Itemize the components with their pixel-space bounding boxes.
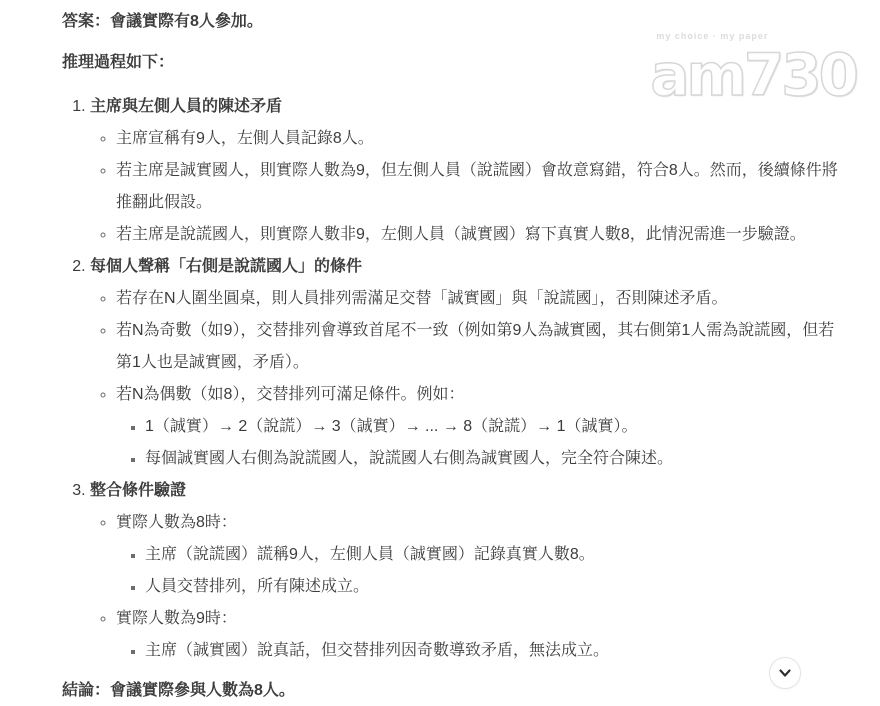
bullet-item: 實際人數為9時： 主席（誠實國）說真話，但交替排列因奇數導致矛盾，無法成立。 <box>116 603 848 667</box>
bullet-text: 若存在N人圍坐圓桌，則人員排列需滿足交替「誠實國」與「說謊國」，否則陳述矛盾。 <box>116 290 728 307</box>
bullet-item: 若N為偶數（如8），交替排列可滿足條件。例如： 1（誠實）→ 2（說謊）→ 3（… <box>116 379 848 475</box>
reasoning-list: 主席與左側人員的陳述矛盾 主席宣稱有9人，左側人員記錄8人。 若主席是誠實國人，… <box>62 91 848 667</box>
bullet-text: 若主席是說謊國人，則實際人數非9，左側人員（誠實國）寫下真實人數8，此情況需進一… <box>116 226 806 243</box>
section-title: 每個人聲稱「右側是說謊國人」的條件 <box>90 258 362 275</box>
section-item-3: 整合條件驗證 實際人數為8時： 主席（說謊國）謊稱9人，左側人員（誠實國）記錄真… <box>90 475 848 667</box>
sub-bullet-text: 主席（誠實國）說真話，但交替排列因奇數導致矛盾，無法成立。 <box>145 642 609 659</box>
bullet-text: 若N為奇數（如9），交替排列會導致首尾不一致（例如第9人為誠實國，其右側第1人需… <box>116 322 834 371</box>
bullet-item: 主席宣稱有9人，左側人員記錄8人。 <box>116 123 848 155</box>
bullet-item: 若N為奇數（如9），交替排列會導致首尾不一致（例如第9人為誠實國，其右側第1人需… <box>116 315 848 379</box>
bullet-text: 實際人數為9時： <box>116 610 237 627</box>
sub-bullet-item: 主席（誠實國）說真話，但交替排列因奇數導致矛盾，無法成立。 <box>145 635 848 667</box>
sub-bullet-list: 主席（說謊國）謊稱9人，左側人員（誠實國）記錄真實人數8。 人員交替排列，所有陳… <box>116 539 848 603</box>
sub-bullet-item: 人員交替排列，所有陳述成立。 <box>145 571 848 603</box>
sub-bullet-text: 人員交替排列，所有陳述成立。 <box>145 578 369 595</box>
process-intro: 推理過程如下： <box>62 47 848 79</box>
bullet-item: 若存在N人圍坐圓桌，則人員排列需滿足交替「誠實國」與「說謊國」，否則陳述矛盾。 <box>116 283 848 315</box>
scroll-down-button[interactable] <box>769 657 801 689</box>
sub-bullet-text: 1（誠實）→ 2（說謊）→ 3（誠實）→ ... → 8（說謊）→ 1（誠實）。 <box>145 418 638 435</box>
conclusion-line: 結論：會議實際參與人數為8人。 <box>62 675 848 706</box>
sub-bullet-text: 主席（說謊國）謊稱9人，左側人員（誠實國）記錄真實人數8。 <box>145 546 595 563</box>
sub-bullet-list: 主席（誠實國）說真話，但交替排列因奇數導致矛盾，無法成立。 <box>116 635 848 667</box>
bullet-text: 主席宣稱有9人，左側人員記錄8人。 <box>116 130 374 147</box>
bullet-item: 若主席是誠實國人，則實際人數為9，但左側人員（說謊國）會故意寫錯，符合8人。然而… <box>116 155 848 219</box>
bullet-item: 若主席是說謊國人，則實際人數非9，左側人員（誠實國）寫下真實人數8，此情況需進一… <box>116 219 848 251</box>
sub-bullet-text: 每個誠實國人右側為說謊國人，說謊國人右側為誠實國人，完全符合陳述。 <box>145 450 673 467</box>
section-item-2: 每個人聲稱「右側是說謊國人」的條件 若存在N人圍坐圓桌，則人員排列需滿足交替「誠… <box>90 251 848 475</box>
section-title: 主席與左側人員的陳述矛盾 <box>90 98 282 115</box>
bullet-text: 若主席是誠實國人，則實際人數為9，但左側人員（說謊國）會故意寫錯，符合8人。然而… <box>116 162 838 211</box>
sub-bullet-list: 1（誠實）→ 2（說謊）→ 3（誠實）→ ... → 8（說謊）→ 1（誠實）。… <box>116 411 848 475</box>
bullet-item: 實際人數為8時： 主席（說謊國）謊稱9人，左側人員（誠實國）記錄真實人數8。 人… <box>116 507 848 603</box>
sub-bullet-item: 主席（說謊國）謊稱9人，左側人員（誠實國）記錄真實人數8。 <box>145 539 848 571</box>
section-item-1: 主席與左側人員的陳述矛盾 主席宣稱有9人，左側人員記錄8人。 若主席是誠實國人，… <box>90 91 848 251</box>
bullet-list: 若存在N人圍坐圓桌，則人員排列需滿足交替「誠實國」與「說謊國」，否則陳述矛盾。 … <box>90 283 848 475</box>
bullet-text: 實際人數為8時： <box>116 514 237 531</box>
bullet-list: 實際人數為8時： 主席（說謊國）謊稱9人，左側人員（誠實國）記錄真實人數8。 人… <box>90 507 848 667</box>
bullet-text: 若N為偶數（如8），交替排列可滿足條件。例如： <box>116 386 464 403</box>
sub-bullet-item: 每個誠實國人右側為說謊國人，說謊國人右側為誠實國人，完全符合陳述。 <box>145 443 848 475</box>
chat-answer-content: 答案：會議實際有8人參加。 推理過程如下： 主席與左側人員的陳述矛盾 主席宣稱有… <box>62 6 848 706</box>
section-title: 整合條件驗證 <box>90 482 186 499</box>
bullet-list: 主席宣稱有9人，左側人員記錄8人。 若主席是誠實國人，則實際人數為9，但左側人員… <box>90 123 848 251</box>
sub-bullet-item: 1（誠實）→ 2（說謊）→ 3（誠實）→ ... → 8（說謊）→ 1（誠實）。 <box>145 411 848 443</box>
chevron-down-icon <box>777 665 793 681</box>
answer-line: 答案：會議實際有8人參加。 <box>62 6 848 38</box>
